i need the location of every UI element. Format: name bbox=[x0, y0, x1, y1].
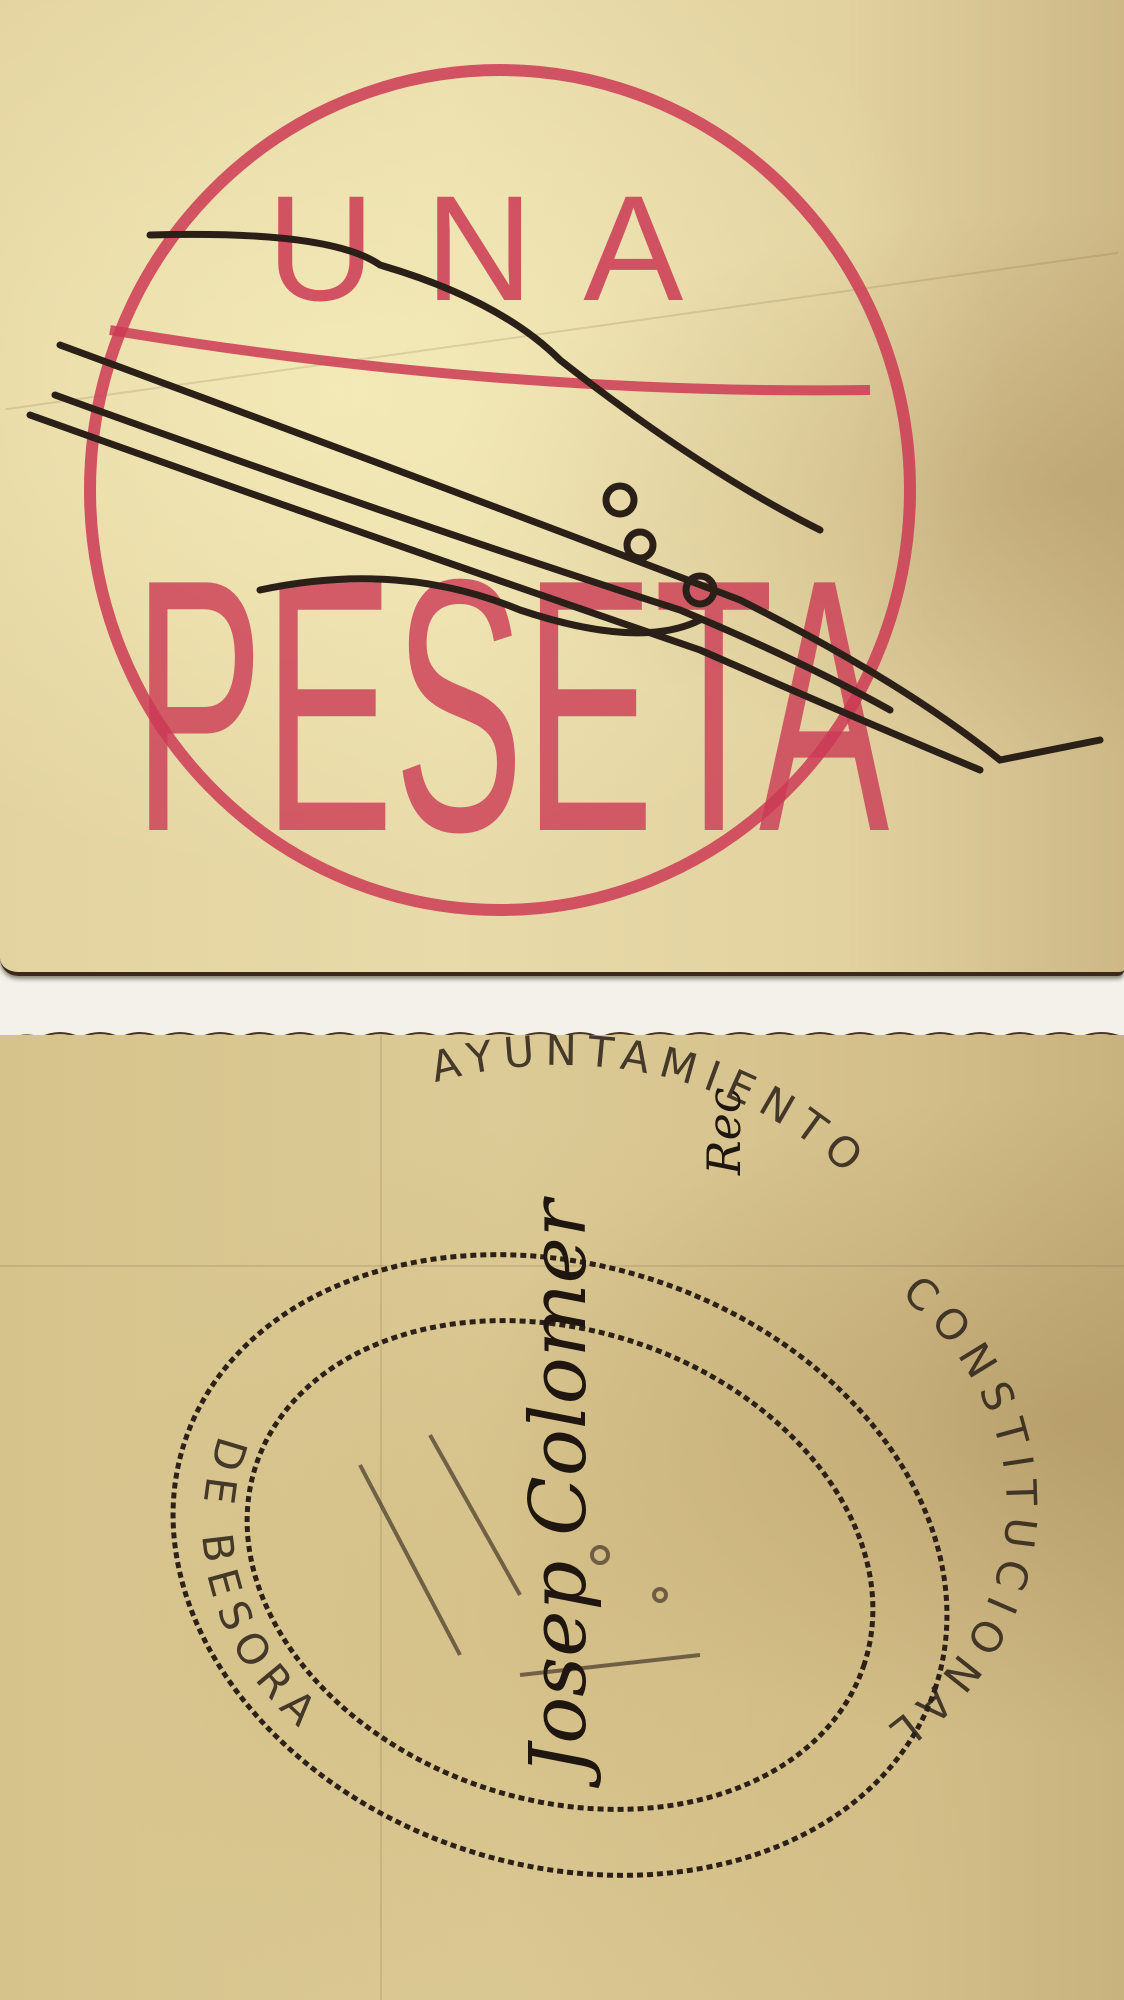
seal-text-top: AYUNTAMIENTO bbox=[426, 1035, 880, 1188]
seal-text-right: CONSTITUCIONAL bbox=[874, 1266, 1046, 1763]
signature-suffix: Rec bbox=[697, 1087, 751, 1176]
banknote-back: AYUNTAMIENTO CONSTITUCIONAL DE BESORA Jo… bbox=[0, 1035, 1124, 2000]
municipal-seal: AYUNTAMIENTO CONSTITUCIONAL DE BESORA Jo… bbox=[0, 1035, 1124, 2000]
signature-name: Josep Colomer bbox=[514, 1195, 604, 1789]
red-peseta-stamp: UNA PESETA bbox=[0, 0, 1124, 972]
stamp-text-bottom: PESETA bbox=[133, 505, 890, 907]
banknote-front: UNA PESETA bbox=[0, 0, 1124, 976]
seal-text-bottom: DE BESORA bbox=[192, 1432, 333, 1742]
